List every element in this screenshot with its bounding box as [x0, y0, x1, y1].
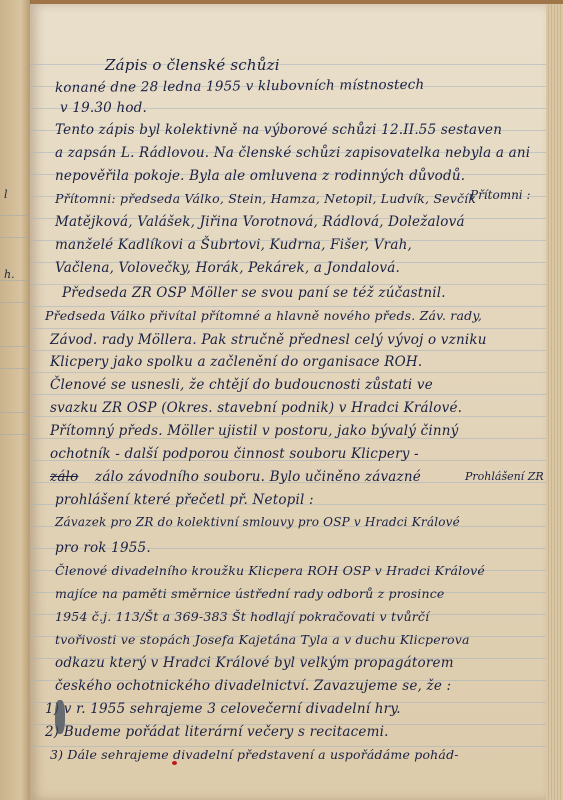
- text-line: českého ochotnického divadelnictví. Zava…: [55, 678, 451, 694]
- text-line: prohlášení které přečetl př. Netopil :: [55, 492, 314, 508]
- left-page-fragment: l: [4, 188, 8, 201]
- text-line: ochotník - další podporou činnost soubor…: [50, 446, 419, 462]
- text-line: Členové divadelního kroužku Klicpera ROH…: [55, 563, 485, 578]
- text-line: manželé Kadlíkovi a Šubrtovi, Kudrna, Fi…: [55, 237, 412, 253]
- list-item: 2) Budeme pořádat literární večery s rec…: [45, 724, 389, 740]
- text-line: Závazek pro ZR do kolektivní smlouvy pro…: [55, 515, 460, 529]
- text-line: Závod. rady Möllera. Pak stručně přednes…: [50, 332, 487, 348]
- margin-note-declaration: Prohlášení ZR: [465, 470, 544, 483]
- document-title: Zápis o členské schůzi: [105, 56, 280, 74]
- text-line: Členové se usnesli, že chtějí do budoucn…: [50, 377, 433, 393]
- list-item: 1) v r. 1955 sehrajeme 3 celovečerní div…: [45, 701, 401, 717]
- left-page-fragment: h.: [4, 268, 15, 281]
- page-stack-edge: [546, 4, 563, 800]
- text-line: Přítomný předs. Möller ujistil v postoru…: [50, 423, 458, 439]
- text-line: Vačlena, Volovečky, Horák, Pekárek, a Jo…: [55, 260, 400, 276]
- red-ink-mark: [172, 761, 177, 765]
- ink-blot: [55, 700, 65, 734]
- text-line: nepověřila pokoje. Byla ale omluvena z r…: [55, 168, 465, 184]
- text-line: konané dne 28 ledna 1955 v klubovních mí…: [55, 77, 425, 96]
- text-line: a zapsán L. Rádlovou. Na členské schůzi …: [55, 145, 530, 161]
- text-line: Předseda Válko přivítal přítomné a hlavn…: [45, 308, 482, 323]
- text-line: svazku ZR OSP (Okres. stavební podnik) v…: [50, 400, 462, 416]
- text-line: Tento zápis byl kolektivně na výborové s…: [55, 122, 502, 138]
- text-line: tvořivosti ve stopách Josefa Kajetána Ty…: [55, 632, 470, 647]
- list-item: 3) Dále sehrajeme divadelní představení …: [50, 747, 459, 762]
- text-line: Matějková, Valášek, Jiřina Vorotnová, Rá…: [55, 214, 465, 230]
- left-page-edge: l h.: [0, 0, 31, 800]
- text-line: majíce na paměti směrnice ústřední rady …: [55, 586, 445, 601]
- text-line: v 19.30 hod.: [60, 100, 147, 116]
- text-line: Klicpery jako spolku a začlenění do orga…: [50, 354, 422, 370]
- text-line: Předseda ZR OSP Möller se svou paní se t…: [62, 285, 446, 301]
- text-line: pro rok 1955.: [55, 540, 151, 556]
- struck-word: zálo: [50, 469, 78, 485]
- text-line: odkazu který v Hradci Králové byl velkým…: [55, 655, 454, 671]
- text-line: zálo: [50, 469, 78, 485]
- text-line: Přítomni: předseda Válko, Stein, Hamza, …: [55, 191, 476, 206]
- margin-note-attendees: Přítomni :: [470, 188, 531, 202]
- text-line: 1954 č.j. 113/Št a 369-383 Št hodlají po…: [55, 609, 429, 624]
- text-line: zálo závodního souboru. Bylo učiněno záv…: [95, 469, 421, 485]
